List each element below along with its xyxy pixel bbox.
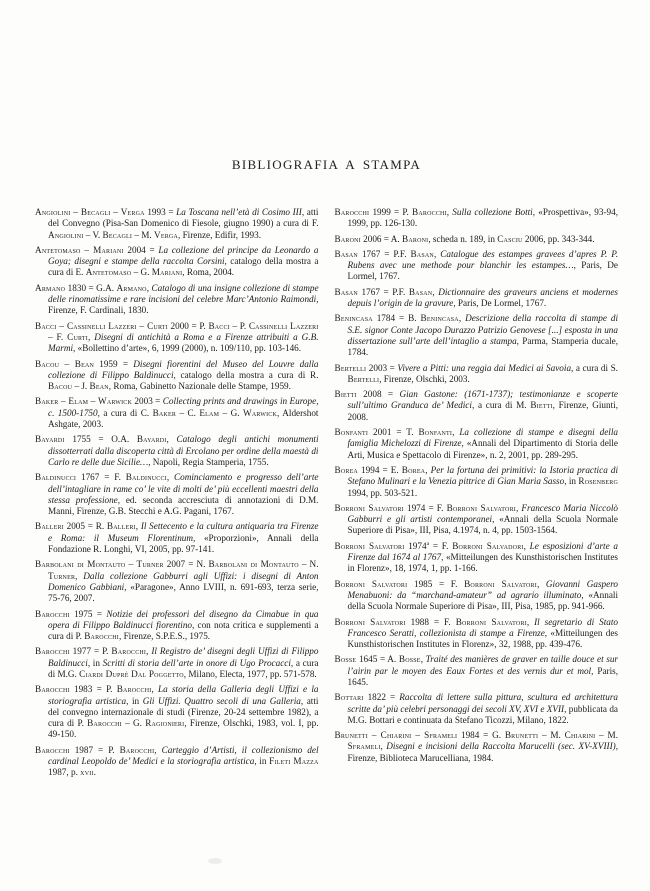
entry-segment: , in bbox=[88, 658, 103, 668]
entry-segment: Gli Uffizi. Quattro secoli di una Galler… bbox=[143, 696, 301, 706]
entry-segment: Borroni Salvatori bbox=[335, 503, 404, 513]
entry-segment: 1767 = P.F. bbox=[358, 249, 411, 259]
entry-segment: 1983 = P. bbox=[70, 684, 117, 694]
entry-segment: – N. bbox=[299, 559, 319, 569]
entry-segment: 1988 = F. bbox=[406, 617, 456, 627]
entry-segment: Balleri bbox=[107, 521, 136, 531]
entry-segment: Borroni Salvadori bbox=[452, 541, 523, 551]
entry-segment: Borroni Salvatori bbox=[447, 503, 516, 513]
entry-segment: 2006, pp. 343-344. bbox=[523, 234, 595, 244]
bibliography-entry: Bacou – Bean 1959 = Disegni fiorentini d… bbox=[35, 359, 319, 393]
entry-segment: Bayardi bbox=[137, 434, 167, 444]
page-title: BIBLIOGRAFIA A STAMPA bbox=[35, 157, 618, 173]
entry-segment: Bean bbox=[90, 381, 109, 391]
bibliography-entry: Bacci – Cassinelli Lazzeri – Curti 2000 … bbox=[35, 321, 319, 355]
bibliography-entry: Baroni 2006 = A. Baroni, scheda n. 189, … bbox=[335, 234, 619, 245]
scanned-page: BIBLIOGRAFIA A STAMPA Angiolini – Becagl… bbox=[0, 0, 650, 891]
entry-segment: , «Bollettino d’arte», 6, 1999 (2000), n… bbox=[73, 343, 301, 353]
entry-segment: Rosenberg bbox=[578, 476, 618, 486]
entry-segment: Verga bbox=[154, 230, 178, 240]
entry-segment: Barocchi bbox=[35, 609, 70, 619]
entry-segment: Barocchi bbox=[335, 207, 370, 217]
entry-segment: Chiarini bbox=[565, 730, 596, 740]
bibliography-entry: Baldinucci 1767 = F. Baldinucci, Cominci… bbox=[35, 472, 319, 517]
entry-segment: , bbox=[167, 434, 177, 444]
bibliography-entry: Barocchi 1975 = Notizie dei professori d… bbox=[35, 609, 319, 643]
entry-segment: = F. bbox=[429, 541, 452, 551]
entry-segment: – F. bbox=[48, 332, 67, 342]
bibliography-entry: Balleri 2005 = R. Balleri, Il Settecento… bbox=[35, 521, 319, 555]
entry-segment: – G. bbox=[131, 267, 151, 277]
entry-segment: Barbolani di Montauto – Turner bbox=[35, 559, 164, 569]
bibliography-entry: Benincasa 1784 = B. Benincasa, Descrizio… bbox=[335, 313, 619, 358]
entry-segment: Mariani bbox=[152, 267, 183, 277]
entry-segment: Cassinelli Lazzeri bbox=[249, 321, 319, 331]
entry-segment: 2000 = P. bbox=[168, 321, 209, 331]
entry-segment: Bietti bbox=[335, 389, 357, 399]
entry-segment: Bonfanti bbox=[418, 427, 452, 437]
entry-segment: 1977 = P. bbox=[70, 646, 112, 656]
entry-segment: Bosse bbox=[335, 654, 357, 664]
entry-segment: Borea bbox=[402, 465, 425, 475]
entry-segment: Basan bbox=[409, 287, 432, 297]
bibliography: Angiolini – Becagli – Verga 1993 = La To… bbox=[35, 207, 618, 783]
entry-segment: Antetomaso – Mariani bbox=[35, 245, 124, 255]
bibliography-entry: Antetomaso – Mariani 2004 = La collezion… bbox=[35, 245, 319, 279]
entry-segment: – C. bbox=[176, 408, 199, 418]
entry-segment: Barocchi bbox=[120, 745, 155, 755]
bibliography-entry: Barocchi 1999 = P. Barocchi, Sulla colle… bbox=[335, 207, 619, 230]
entry-segment: Ragionieri bbox=[145, 718, 184, 728]
entry-segment: 1830 = G.A. bbox=[65, 283, 116, 293]
entry-segment: Borroni Salvatori bbox=[335, 541, 405, 551]
bibliography-entry: Borea 1994 = E. Borea, Per la fortuna de… bbox=[335, 465, 619, 499]
entry-segment: – J. bbox=[72, 381, 89, 391]
entry-segment: 1993 = bbox=[145, 207, 176, 217]
entry-segment: 1975 = bbox=[70, 609, 107, 619]
entry-segment: Bacci bbox=[208, 321, 229, 331]
entry-segment: , catalogo della mostra a cura di R. bbox=[174, 370, 319, 380]
entry-segment: , bbox=[167, 472, 174, 482]
entry-segment: Borroni Salvatori bbox=[335, 617, 406, 627]
entry-segment: 1974 bbox=[404, 541, 426, 551]
bibliography-entry: Bonfanti 2001 = T. Bonfanti, La collezio… bbox=[335, 427, 619, 461]
entry-segment: Casciu bbox=[497, 234, 522, 244]
entry-segment: 1822 = bbox=[364, 692, 400, 702]
entry-segment: Armano bbox=[117, 283, 147, 293]
entry-segment: 2001 = T. bbox=[368, 427, 418, 437]
entry-segment: Angiolini – Becagli – Verga bbox=[35, 207, 145, 217]
entry-segment: Bacou bbox=[48, 381, 72, 391]
entry-segment: – G. bbox=[219, 408, 243, 418]
entry-segment: 1994 = E. bbox=[358, 465, 402, 475]
entry-segment: 1985 = F. bbox=[407, 579, 464, 589]
entry-segment: Bertelli bbox=[335, 363, 367, 373]
entry-segment: Barocchi bbox=[111, 646, 146, 656]
entry-segment: , bbox=[527, 617, 534, 627]
bibliography-entry: Bottari 1822 = Raccolta di lettere sulla… bbox=[335, 692, 619, 726]
entry-segment: Baker – Elam – Warwick bbox=[35, 396, 132, 406]
entry-segment: 1755 = O.A. bbox=[65, 434, 137, 444]
entry-segment: Baroni bbox=[335, 234, 361, 244]
entry-segment: Warwick bbox=[243, 408, 277, 418]
entry-segment: – V. bbox=[83, 230, 102, 240]
entry-segment: Basan bbox=[335, 287, 358, 297]
scan-smudge bbox=[208, 858, 222, 864]
entry-segment: Bonfanti bbox=[335, 427, 369, 437]
entry-segment: 1994, pp. 503-521. bbox=[348, 488, 418, 498]
entry-segment: , Napoli, Regia Stamperia, 1755. bbox=[148, 457, 268, 467]
entry-segment: Balleri bbox=[35, 521, 64, 531]
entry-segment: Borroni Salvatori bbox=[456, 617, 527, 627]
entry-segment: Bacci – Cassinelli Lazzeri – Curti bbox=[35, 321, 168, 331]
bibliography-entry: Borroni Salvatori 1988 = F. Borroni Salv… bbox=[335, 617, 619, 651]
entry-segment: Basan bbox=[335, 249, 358, 259]
entry-segment: Barbolani di Montauto bbox=[208, 559, 298, 569]
entry-segment: Baldinucci bbox=[126, 472, 167, 482]
entry-segment: Baroni bbox=[402, 234, 428, 244]
entry-segment: Bacou – Bean bbox=[35, 359, 94, 369]
bibliography-entry: Angiolini – Becagli – Verga 1993 = La To… bbox=[35, 207, 319, 241]
entry-segment: Turner bbox=[48, 571, 75, 581]
entry-segment: 1984 = G. bbox=[457, 730, 505, 740]
entry-segment: Barocchi bbox=[117, 684, 152, 694]
entry-segment: 1767 = P.F. bbox=[358, 287, 409, 297]
entry-segment: 1987, p. bbox=[48, 767, 80, 777]
entry-segment: , a cura di C. bbox=[98, 408, 153, 418]
entry-segment: , scheda n. 189, in bbox=[428, 234, 497, 244]
entry-segment: 2007 = N. bbox=[164, 559, 209, 569]
entry-segment: , in bbox=[126, 696, 143, 706]
entry-segment: , Roma, Gabinetto Nazionale delle Stampe… bbox=[109, 381, 291, 391]
entry-segment: Bertelli bbox=[348, 374, 380, 384]
entry-segment: Benincasa bbox=[421, 313, 459, 323]
entry-segment: Becagli bbox=[103, 230, 133, 240]
entry-segment: Brunetti – Chiarini – Sframeli bbox=[335, 730, 458, 740]
bibliography-entry: Basan 1767 = P.F. Basan, Dictionnaire de… bbox=[335, 287, 619, 310]
entry-segment: , Paris, De Lormel, 1767. bbox=[453, 298, 546, 308]
entry-segment: Borroni Salvatori bbox=[335, 579, 408, 589]
entry-segment: xvii bbox=[80, 767, 93, 777]
entry-segment: Angiolini bbox=[48, 230, 83, 240]
entry-segment: , bbox=[537, 579, 546, 589]
entry-segment: Vivere a Pitti: una reggia dai Medici ai… bbox=[397, 363, 571, 373]
bibliography-entry: Borroni Salvatori 1974a = F. Borroni Sal… bbox=[335, 541, 619, 575]
entry-segment: La Toscana nell’età di Cosimo III bbox=[176, 207, 302, 217]
entry-segment: , Firenze, Edifir, 1993. bbox=[178, 230, 261, 240]
entry-segment: 2006 = A. bbox=[361, 234, 402, 244]
entry-segment: Bosse bbox=[399, 654, 421, 664]
entry-segment: 2005 = R. bbox=[64, 521, 107, 531]
entry-segment: 1974 = F. bbox=[404, 503, 447, 513]
entry-segment: 1999 = P. bbox=[369, 207, 412, 217]
entry-segment: Ciardi Duprè Dal Poggetto bbox=[79, 669, 184, 679]
bibliography-entry: Barbolani di Montauto – Turner 2007 = N.… bbox=[35, 559, 319, 604]
entry-segment: Curti bbox=[67, 332, 88, 342]
bibliography-entry: Bertelli 2003 = Vivere a Pitti: una regg… bbox=[335, 363, 619, 386]
bibliography-entry: Baker – Elam – Warwick 2003 = Collecting… bbox=[35, 396, 319, 430]
entry-segment: , a cura di S. bbox=[571, 363, 618, 373]
entry-segment: , Firenze, Olschki, 2003. bbox=[379, 374, 470, 384]
bibliography-entry: Brunetti – Chiarini – Sframeli 1984 = G.… bbox=[335, 730, 619, 764]
bibliography-entry: Bosse 1645 = A. Bosse, Traité des manièr… bbox=[335, 654, 619, 688]
entry-segment: – G. bbox=[122, 718, 145, 728]
bibliography-entry: Basan 1767 = P.F. Basan, Catalogue des e… bbox=[335, 249, 619, 283]
entry-segment: – M. bbox=[132, 230, 154, 240]
entry-segment: Benincasa bbox=[335, 313, 373, 323]
entry-segment: , bbox=[154, 745, 161, 755]
entry-segment: Barocchi bbox=[84, 631, 119, 641]
bibliography-entry: Borroni Salvatori 1974 = F. Borroni Salv… bbox=[335, 503, 619, 537]
entry-segment: – P. bbox=[230, 321, 249, 331]
entry-segment: Baldinucci bbox=[35, 472, 76, 482]
entry-segment: Bietti bbox=[530, 400, 552, 410]
entry-segment: Borroni Salvatori bbox=[464, 579, 537, 589]
entry-segment: Armano bbox=[35, 283, 65, 293]
entry-segment: , Roma, 2004. bbox=[182, 267, 234, 277]
entry-segment: 1645 = A. bbox=[356, 654, 399, 664]
entry-segment: 1784 = B. bbox=[373, 313, 421, 323]
bibliography-entry: Bayardi 1755 = O.A. Bayardi, Catalogo de… bbox=[35, 434, 319, 468]
bibliography-entry: Barocchi 1983 = P. Barocchi, La storia d… bbox=[35, 684, 319, 740]
bibliography-entry: Barocchi 1987 = P. Barocchi, Carteggio d… bbox=[35, 745, 319, 779]
bibliography-entry: Borroni Salvatori 1985 = F. Borroni Salv… bbox=[335, 579, 619, 613]
entry-segment: Bottari bbox=[335, 692, 364, 702]
entry-segment: Bayardi bbox=[35, 434, 65, 444]
entry-segment: Elam bbox=[199, 408, 219, 418]
entry-segment: , Firenze, S.P.E.S., 1975. bbox=[119, 631, 210, 641]
bibliography-entry: Barocchi 1977 = P. Barocchi, Il Registro… bbox=[35, 646, 319, 680]
entry-segment: 1987 = P. bbox=[70, 745, 120, 755]
bibliography-column-right: Barocchi 1999 = P. Barocchi, Sulla colle… bbox=[335, 207, 619, 768]
entry-segment: Basan bbox=[410, 249, 433, 259]
entry-segment: , Milano, Electa, 1977, pp. 571-578. bbox=[184, 669, 317, 679]
entry-segment: 2004 = bbox=[124, 245, 159, 255]
bibliography-entry: Bietti 2008 = Gian Gastone: (1671-1737);… bbox=[335, 389, 619, 423]
entry-segment: Barocchi bbox=[87, 718, 122, 728]
entry-segment: – M. bbox=[595, 730, 618, 740]
entry-segment: . bbox=[94, 767, 96, 777]
bibliography-column-left: Angiolini – Becagli – Verga 1993 = La To… bbox=[35, 207, 319, 783]
entry-segment: Borea bbox=[335, 465, 358, 475]
entry-segment: 2003 = bbox=[366, 363, 397, 373]
entry-segment: 2003 = bbox=[132, 396, 163, 406]
entry-segment: 1959 = bbox=[94, 359, 133, 369]
entry-segment: Barocchi bbox=[35, 684, 70, 694]
entry-segment: Barocchi bbox=[35, 646, 70, 656]
entry-segment: Fileti Mazza bbox=[269, 756, 318, 766]
entry-segment: Barocchi bbox=[35, 745, 70, 755]
entry-segment: , a cura di M. bbox=[472, 400, 530, 410]
entry-segment: Disegni e incisioni della Raccolta Maruc… bbox=[386, 741, 615, 751]
bibliography-entry: Armano 1830 = G.A. Armano, Catalogo di u… bbox=[35, 283, 319, 317]
entry-segment: Sframeli bbox=[348, 741, 381, 751]
entry-segment: 2008 = bbox=[357, 389, 400, 399]
entry-segment: Antetomaso bbox=[86, 267, 132, 277]
entry-segment: , in bbox=[564, 476, 578, 486]
entry-segment: Baker bbox=[153, 408, 176, 418]
entry-segment: Barocchi bbox=[412, 207, 447, 217]
entry-segment: Scritti di storia dell’arte in onore di … bbox=[103, 658, 291, 668]
entry-segment: , in bbox=[254, 756, 269, 766]
entry-segment: – M. bbox=[538, 730, 564, 740]
entry-segment: Brunetti bbox=[505, 730, 538, 740]
entry-segment: Sulla collezione Botti bbox=[452, 207, 532, 217]
entry-segment: 1767 = F. bbox=[76, 472, 126, 482]
